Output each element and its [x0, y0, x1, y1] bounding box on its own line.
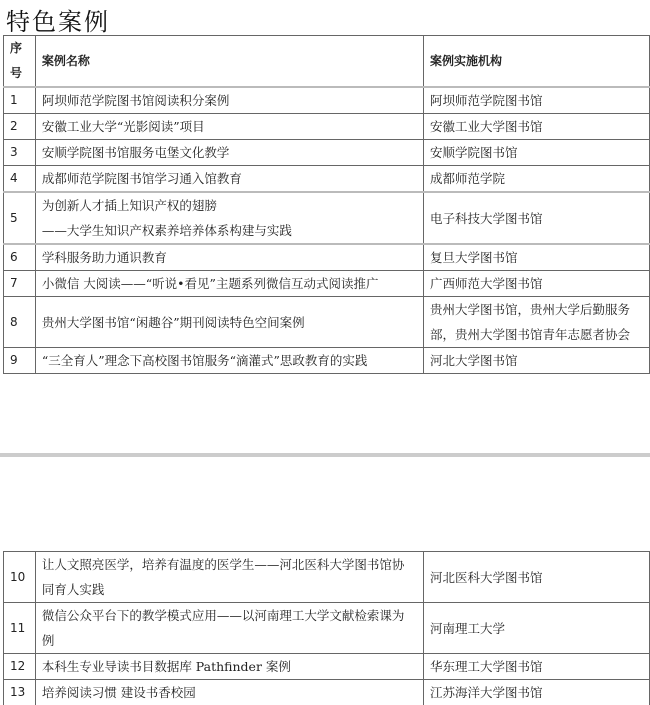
table-row: 2安徽工业大学“光影阅读”项目安徽工业大学图书馆 [4, 114, 650, 140]
page-separator [0, 453, 650, 457]
table-row: 4成都师范学院图书馆学习通入馆教育成都师范学院 [4, 166, 650, 193]
cell-name-line: 让人文照亮医学，培养有温度的医学生——河北医科大学图书馆协 [42, 552, 417, 577]
table-row: 5为创新人才插上知识产权的翅膀——大学生知识产权素养培养体系构建与实践电子科技大… [4, 192, 650, 244]
cell-org-line: 阿坝师范学院图书馆 [430, 88, 643, 113]
table-row: 10让人文照亮医学，培养有温度的医学生——河北医科大学图书馆协同育人实践河北医科… [4, 552, 650, 603]
cell-name-line: 学科服务助力通识教育 [42, 245, 417, 270]
cell-name-line: 安顺学院图书馆服务屯堡文化教学 [42, 140, 417, 165]
table-row: 6学科服务助力通识教育复旦大学图书馆 [4, 244, 650, 271]
cell-no: 1 [4, 87, 36, 114]
header-case-name: 案例名称 [35, 36, 423, 88]
cell-org: 贵州大学图书馆，贵州大学后勤服务部，贵州大学图书馆青年志愿者协会 [424, 297, 650, 348]
cell-no: 11 [4, 603, 36, 654]
cell-name: 小微信 大阅读——“听说•看见”主题系列微信互动式阅读推广 [35, 271, 423, 297]
cell-no: 2 [4, 114, 36, 140]
cell-name: 学科服务助力通识教育 [35, 244, 423, 271]
cell-org-line: 电子科技大学图书馆 [430, 206, 643, 231]
cell-org-line: 安徽工业大学图书馆 [430, 114, 643, 139]
cell-name: 本科生专业导读书目数据库 Pathfinder 案例 [35, 654, 423, 680]
cell-name: 让人文照亮医学，培养有温度的医学生——河北医科大学图书馆协同育人实践 [35, 552, 423, 603]
cell-no: 4 [4, 166, 36, 193]
cell-name: 微信公众平台下的教学模式应用——以河南理工大学文献检索课为例 [35, 603, 423, 654]
cell-no: 12 [4, 654, 36, 680]
cell-org: 华东理工大学图书馆 [424, 654, 650, 680]
cell-name-line: 例 [42, 628, 417, 653]
cell-org-line: 安顺学院图书馆 [430, 140, 643, 165]
header-org: 案例实施机构 [424, 36, 650, 88]
cell-no: 13 [4, 680, 36, 705]
cell-name-line: 小微信 大阅读——“听说•看见”主题系列微信互动式阅读推广 [42, 271, 417, 296]
cell-org-line: 部，贵州大学图书馆青年志愿者协会 [430, 322, 643, 347]
cell-name-line: 成都师范学院图书馆学习通入馆教育 [42, 166, 417, 191]
cell-no: 6 [4, 244, 36, 271]
cell-name: 为创新人才插上知识产权的翅膀——大学生知识产权素养培养体系构建与实践 [35, 192, 423, 244]
cell-org: 安徽工业大学图书馆 [424, 114, 650, 140]
cell-name-line: ——大学生知识产权素养培养体系构建与实践 [42, 218, 417, 243]
cell-name: 阿坝师范学院图书馆阅读积分案例 [35, 87, 423, 114]
cell-name-line: 贵州大学图书馆“闲趣谷”期刊阅读特色空间案例 [42, 310, 417, 335]
cell-org: 阿坝师范学院图书馆 [424, 87, 650, 114]
cell-org-line: 复旦大学图书馆 [430, 245, 643, 270]
cell-org: 安顺学院图书馆 [424, 140, 650, 166]
cell-org: 复旦大学图书馆 [424, 244, 650, 271]
table-row: 13培养阅读习惯 建设书香校园江苏海洋大学图书馆 [4, 680, 650, 705]
table-row: 3安顺学院图书馆服务屯堡文化教学安顺学院图书馆 [4, 140, 650, 166]
cell-name: 安顺学院图书馆服务屯堡文化教学 [35, 140, 423, 166]
cell-name: 安徽工业大学“光影阅读”项目 [35, 114, 423, 140]
cell-org: 广西师范大学图书馆 [424, 271, 650, 297]
cell-org-line: 华东理工大学图书馆 [430, 654, 643, 679]
cell-name: 贵州大学图书馆“闲趣谷”期刊阅读特色空间案例 [35, 297, 423, 348]
cell-org: 成都师范学院 [424, 166, 650, 193]
cell-name-line: 微信公众平台下的教学模式应用——以河南理工大学文献检索课为 [42, 603, 417, 628]
cell-org-line: 贵州大学图书馆，贵州大学后勤服务 [430, 297, 643, 322]
table-row: 12本科生专业导读书目数据库 Pathfinder 案例华东理工大学图书馆 [4, 654, 650, 680]
table-row: 9“三全育人”理念下高校图书馆服务“滴灌式”思政教育的实践河北大学图书馆 [4, 348, 650, 374]
cell-no: 3 [4, 140, 36, 166]
cell-no: 7 [4, 271, 36, 297]
cell-name-line: 阿坝师范学院图书馆阅读积分案例 [42, 88, 417, 113]
cell-org-line: 河北大学图书馆 [430, 348, 643, 373]
cell-no: 5 [4, 192, 36, 244]
table-row: 8贵州大学图书馆“闲趣谷”期刊阅读特色空间案例贵州大学图书馆，贵州大学后勤服务部… [4, 297, 650, 348]
table-row: 1阿坝师范学院图书馆阅读积分案例阿坝师范学院图书馆 [4, 87, 650, 114]
header-no: 序号 [4, 36, 36, 88]
cell-org: 电子科技大学图书馆 [424, 192, 650, 244]
cell-name: “三全育人”理念下高校图书馆服务“滴灌式”思政教育的实践 [35, 348, 423, 374]
cases-table-page1: 序号 案例名称 案例实施机构 1阿坝师范学院图书馆阅读积分案例阿坝师范学院图书馆… [3, 35, 650, 374]
cell-org: 河南理工大学 [424, 603, 650, 654]
cell-org-line: 江苏海洋大学图书馆 [430, 680, 643, 705]
cell-org: 河北大学图书馆 [424, 348, 650, 374]
cell-name-line: 培养阅读习惯 建设书香校园 [42, 680, 417, 705]
cell-name-line: 本科生专业导读书目数据库 Pathfinder 案例 [42, 654, 417, 679]
table-row: 7小微信 大阅读——“听说•看见”主题系列微信互动式阅读推广广西师范大学图书馆 [4, 271, 650, 297]
cell-org-line: 河北医科大学图书馆 [430, 565, 643, 590]
cell-name-line: “三全育人”理念下高校图书馆服务“滴灌式”思政教育的实践 [42, 348, 417, 373]
cases-table-page2: 10让人文照亮医学，培养有温度的医学生——河北医科大学图书馆协同育人实践河北医科… [3, 551, 650, 705]
cell-org-line: 广西师范大学图书馆 [430, 271, 643, 296]
cell-name: 成都师范学院图书馆学习通入馆教育 [35, 166, 423, 193]
page-title: 特色案例 [6, 2, 110, 37]
table-header-row: 序号 案例名称 案例实施机构 [4, 36, 650, 88]
cell-org: 江苏海洋大学图书馆 [424, 680, 650, 705]
cell-no: 10 [4, 552, 36, 603]
cell-org: 河北医科大学图书馆 [424, 552, 650, 603]
cell-name-line: 为创新人才插上知识产权的翅膀 [42, 193, 417, 218]
cell-name-line: 安徽工业大学“光影阅读”项目 [42, 114, 417, 139]
cell-org-line: 河南理工大学 [430, 616, 643, 641]
cell-no: 9 [4, 348, 36, 374]
cell-name-line: 同育人实践 [42, 577, 417, 602]
cell-name: 培养阅读习惯 建设书香校园 [35, 680, 423, 705]
table-row: 11微信公众平台下的教学模式应用——以河南理工大学文献检索课为例河南理工大学 [4, 603, 650, 654]
cell-no: 8 [4, 297, 36, 348]
cell-org-line: 成都师范学院 [430, 166, 643, 191]
